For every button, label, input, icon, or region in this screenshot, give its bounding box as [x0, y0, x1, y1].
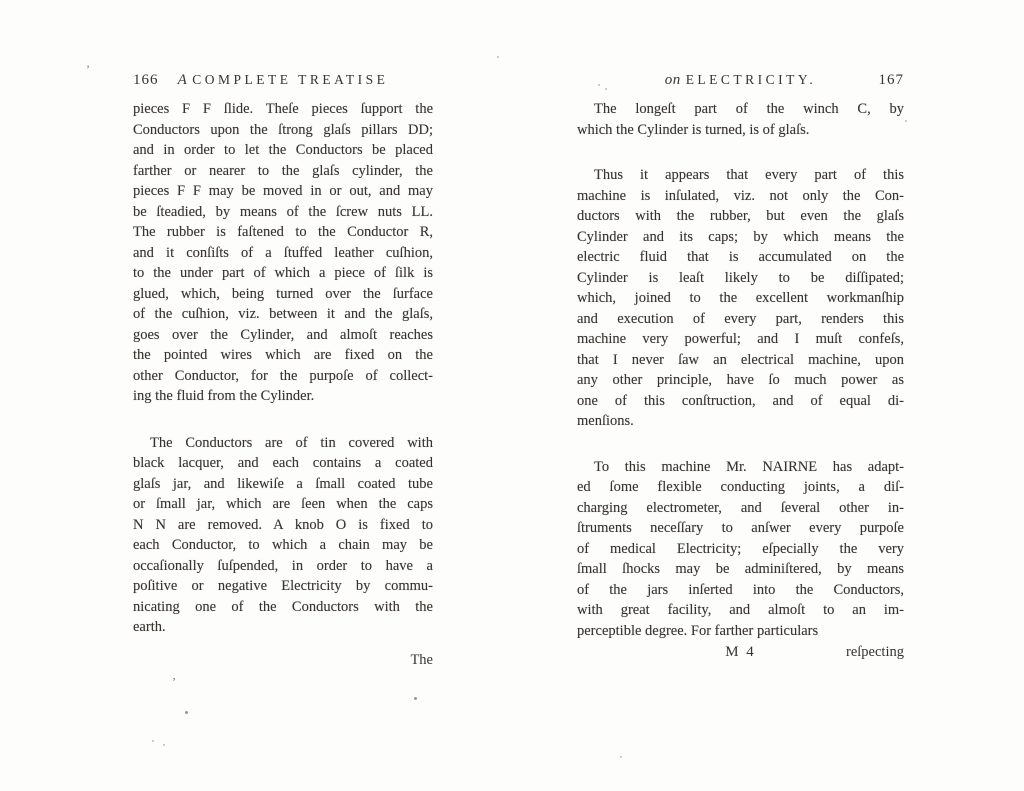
right-page: onELECTRICITY. 167 The longeſt part of t… — [577, 72, 904, 663]
text-line: goes over the Cylinder, and almoſt reach… — [133, 325, 433, 346]
text-line: farther or nearer to the glaſs cylinder,… — [133, 161, 433, 182]
paragraph: The longeſt part of the winch C, bywhich… — [577, 99, 904, 140]
text-line: machine is inſulated, viz. not only the … — [577, 186, 904, 207]
text-line: that I never ſaw an electrical machine, … — [577, 350, 904, 371]
text-line: each Conductor, to which a chain may be — [133, 535, 433, 556]
left-page-number: 166 — [133, 72, 159, 89]
scan-speck — [620, 756, 622, 758]
text-line: Thus it appears that every part of this — [577, 165, 904, 186]
text-line: earth. — [133, 617, 433, 638]
right-running-title: onELECTRICITY. — [577, 72, 904, 89]
right-running-title-prefix: on — [665, 72, 681, 88]
text-line: of the cuſhion, viz. between it and the … — [133, 304, 433, 325]
text-line: Conductors upon the ſtrong glaſs pillars… — [133, 120, 433, 141]
text-line: Cylinder is leaſt likely to be diſſipate… — [577, 268, 904, 289]
text-line: N N are removed. A knob O is fixed to — [133, 515, 433, 536]
text-line: with great facility, and almoſt to an im… — [577, 600, 904, 621]
text-line: black lacquer, and each contains a coate… — [133, 453, 433, 474]
left-catchword-row: The — [133, 650, 433, 670]
left-page-header: 166 ACOMPLETE TREATISE — [133, 72, 433, 99]
text-line: ſtruments neceſſary to anſwer every purp… — [577, 518, 904, 539]
scan-speck — [185, 711, 188, 714]
left-running-title: ACOMPLETE TREATISE — [133, 72, 433, 89]
signature-mark: M 4 — [725, 642, 756, 663]
text-line: occaſionally ſuſpended, in order to have… — [133, 556, 433, 577]
text-line: one of this conſtruction, and of equal d… — [577, 391, 904, 412]
right-page-number: 167 — [879, 72, 905, 89]
text-line: and it conſiſts of a ſtuffed leather cuſ… — [133, 243, 433, 264]
paragraph: To this machine Mr. NAIRNE has adapt-ed … — [577, 457, 904, 642]
text-line: the pointed wires which are fixed on the — [133, 345, 433, 366]
scan-speck: ’ — [86, 62, 90, 77]
right-page-body: The longeſt part of the winch C, bywhich… — [577, 99, 904, 641]
text-line: ing the fluid from the Cylinder. — [133, 386, 433, 407]
text-line: Cylinder and its caps; by which means th… — [577, 227, 904, 248]
scan-speck — [598, 84, 600, 86]
text-line: glaſs jar, and likewiſe a ſmall coated t… — [133, 474, 433, 495]
text-line: charging electrometer, and ſeveral other… — [577, 498, 904, 519]
text-line: The Conductors are of tin covered with — [133, 433, 433, 454]
text-line: To this machine Mr. NAIRNE has adapt- — [577, 457, 904, 478]
text-line: of the jars inſerted into the Conductors… — [577, 580, 904, 601]
right-page-footer: M 4 reſpecting — [577, 642, 904, 663]
right-page-header: onELECTRICITY. 167 — [577, 72, 904, 99]
text-line: of medical Electricity; eſpecially the v… — [577, 539, 904, 560]
paragraph: Thus it appears that every part of thism… — [577, 165, 904, 432]
scan-speck — [497, 56, 499, 58]
text-line: and execution of every part, renders thi… — [577, 309, 904, 330]
text-line: ed ſome flexible conducting joints, a di… — [577, 477, 904, 498]
text-line: The longeſt part of the winch C, by — [577, 99, 904, 120]
text-line: poſitive or negative Electricity by comm… — [133, 576, 433, 597]
scan-speck: ‚ — [172, 668, 176, 683]
right-catchword: reſpecting — [756, 642, 904, 663]
scan-speck — [163, 744, 165, 746]
text-line: ductors with the rubber, but even the gl… — [577, 206, 904, 227]
text-line: to the under part of which a piece of ſi… — [133, 263, 433, 284]
text-line: ſmall ſhocks may be adminiſtered, by mea… — [577, 559, 904, 580]
text-line: and in order to let the Conductors be pl… — [133, 140, 433, 161]
scanned-book-spread: 166 ACOMPLETE TREATISE pieces F F ſlide.… — [0, 0, 1024, 791]
scan-speck — [152, 740, 154, 742]
text-line: pieces F F ſlide. Theſe pieces ſupport t… — [133, 99, 433, 120]
text-line: any other principle, have ſo much power … — [577, 370, 904, 391]
right-running-title-text: ELECTRICITY. — [686, 72, 817, 87]
text-line: nicating one of the Conductors with the — [133, 597, 433, 618]
text-line: pieces F F may be moved in or out, and m… — [133, 181, 433, 202]
scan-speck — [605, 88, 607, 90]
left-running-title-text: COMPLETE TREATISE — [192, 72, 388, 87]
scan-speck — [905, 120, 907, 122]
text-line: other Conductor, for the purpoſe of coll… — [133, 366, 433, 387]
left-page: 166 ACOMPLETE TREATISE pieces F F ſlide.… — [133, 72, 433, 670]
text-line: glued, which, being turned over the ſurf… — [133, 284, 433, 305]
paragraph: pieces F F ſlide. Theſe pieces ſupport t… — [133, 99, 433, 407]
text-line: perceptible degree. For farther particul… — [577, 621, 904, 642]
text-line: The rubber is faſtened to the Conductor … — [133, 222, 433, 243]
text-line: or ſmall jar, which are ſeen when the ca… — [133, 494, 433, 515]
left-page-body: pieces F F ſlide. Theſe pieces ſupport t… — [133, 99, 433, 638]
text-line: be ſteadied, by means of the ſcrew nuts … — [133, 202, 433, 223]
text-line: which the Cylinder is turned, is of glaſ… — [577, 120, 904, 141]
text-line: machine very powerful; and I muſt confeſ… — [577, 329, 904, 350]
scan-speck — [414, 697, 417, 700]
text-line: menſions. — [577, 411, 904, 432]
left-catchword: The — [410, 652, 433, 668]
text-line: electric fluid that is accumulated on th… — [577, 247, 904, 268]
left-running-title-prefix: A — [178, 72, 188, 88]
paragraph: The Conductors are of tin covered withbl… — [133, 433, 433, 638]
text-line: which, joined to the excellent workmanſh… — [577, 288, 904, 309]
